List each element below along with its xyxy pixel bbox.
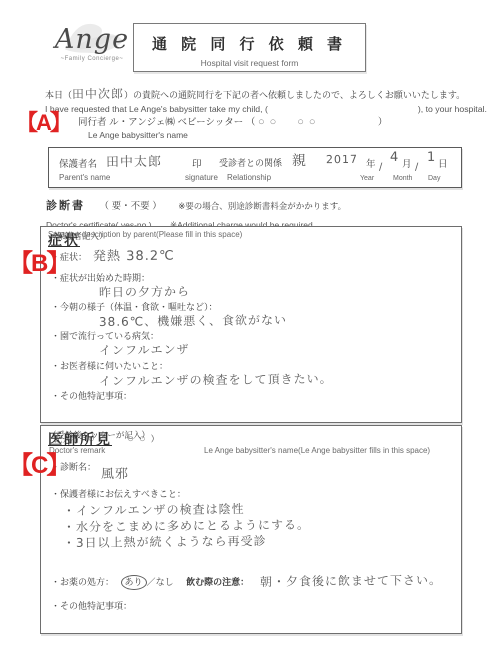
signature-label: signature <box>185 173 218 182</box>
intro-paragraph: 本日（田中次郎）の貴院への通院同行を下記の者へ依頼しましたので、よろしくお願いい… <box>45 85 493 114</box>
logo-tagline: ~Family Concierge~ <box>36 56 148 62</box>
date-day-unit: 日 <box>438 156 448 170</box>
symptom-field-label: ・その他特記事項： <box>51 389 132 402</box>
hospital-visit-request-form: Ange ~Family Concierge~ 通 院 同 行 依 頼 書 Ho… <box>0 0 500 654</box>
symptom-field-value: 発熱 38.2℃ <box>93 245 175 265</box>
medicine-note-value: 朝・夕食後に飲ませて下さい。 <box>260 571 442 590</box>
date-month-unit: 月 <box>402 156 412 170</box>
annotation-marker-b: 【B】 <box>9 243 68 278</box>
relationship-value: 親 <box>292 150 307 170</box>
doctor-writer-close: ） <box>151 434 160 444</box>
date-year-label-en: Year <box>360 175 374 182</box>
annotation-marker-a: 【A】 <box>16 106 70 137</box>
advice-item: ・3日以上熱が続くようなら再受診 <box>63 532 267 551</box>
medicine-no: なし <box>156 577 174 587</box>
babysitter-name-placeholder: ○○ ○○ <box>258 116 321 128</box>
date-month-value: 4 <box>390 150 399 165</box>
annotation-marker-c: 【C】 <box>9 445 68 480</box>
seal-label: 印 <box>192 156 202 170</box>
doctor-remark-box: 医師所見（受診後シッターが記入） 記入者（○○ ○○） Doctor's rem… <box>40 425 462 634</box>
medicine-label: ・お薬の処方： <box>51 577 114 587</box>
child-name-handwritten: 田中次郎 <box>72 85 124 103</box>
doctor-writer-en: Le Ange babysitter's name(Le Ange babysi… <box>204 446 430 455</box>
certificate-line-jp: 診断書 （ 要・不要 ） ※要の場合、別途診断書料金がかかります。 <box>46 196 346 214</box>
date-month-label-en: Month <box>393 175 412 182</box>
medicine-note-label: 飲む際の注意： <box>186 577 249 587</box>
date-year-unit: 年 <box>366 156 376 170</box>
intro-jp-before: 本日（ <box>45 90 72 100</box>
medicine-row: ・お薬の処方： あり／なし 飲む際の注意： 朝・夕食後に飲ませて下さい。 <box>51 572 442 589</box>
medicine-separator: ／ <box>147 577 156 587</box>
doctor-title-note: （受診後シッターが記入） <box>48 429 150 441</box>
date-day-label-en: Day <box>428 175 440 182</box>
date-year-value: 2017 <box>326 153 358 166</box>
intro-en-after: ), to your hospital. <box>418 104 487 114</box>
intro-jp-after: ）の貴院への通院同行を下記の者へ依頼しましたので、よろしくお願いいたします。 <box>124 90 465 100</box>
symptom-field-value: 昨日の夕方から <box>99 283 190 301</box>
parent-info-box: 保護者名 田中太郎 Parent's name 印 signature 受診者と… <box>48 147 462 188</box>
parent-name-label-en: Parent's name <box>59 173 110 182</box>
companion-label-en: Le Ange babysitter's name <box>88 130 387 140</box>
companion-section: 同行者 ル・アンジェ㈱ ベビーシッター （ ○○ ○○ ） Le Ange ba… <box>78 113 387 140</box>
symptom-field-label: ・お医者様に伺いたいこと： <box>51 359 168 372</box>
relationship-label-jp: 受診者との関係 <box>219 156 282 169</box>
certificate-label-jp: 診断書 <box>46 200 85 212</box>
diagnosis-value: 風邪 <box>101 463 129 482</box>
symptom-field-value: 38.6℃、機嫌悪く、食欲がない <box>99 311 287 330</box>
form-title-en: Hospital visit request form <box>134 58 365 68</box>
symptom-field-value: インフルエンザの検査をして頂きたい。 <box>99 370 333 389</box>
date-day-value: 1 <box>427 150 436 165</box>
logo-wordmark: Ange <box>36 8 148 55</box>
companion-close-paren: ） <box>378 117 388 128</box>
parent-name-label-jp: 保護者名 <box>59 156 97 170</box>
companion-line-jp: 同行者 ル・アンジェ㈱ ベビーシッター （ ○○ ○○ ） <box>78 113 387 129</box>
doctor-other-label: ・その他特記事項： <box>51 599 132 612</box>
symptom-field-value: インフルエンザ <box>99 341 190 359</box>
certificate-options: （ 要・不要 ） <box>99 201 161 212</box>
companion-label-jp: 同行者 ル・アンジェ㈱ ベビーシッター （ <box>78 117 255 128</box>
symptom-box: 症状（保護者記入） Sympton description by parent(… <box>40 226 462 423</box>
advice-label: ・保護者様にお伝えすべきこと： <box>51 487 186 500</box>
symptom-title-en: Sympton description by parent(Please fil… <box>48 230 242 239</box>
le-ange-logo: Ange ~Family Concierge~ <box>36 8 148 62</box>
certificate-note-jp: ※要の場合、別途診断書料金がかかります。 <box>178 201 346 211</box>
intro-line-jp: 本日（田中次郎）の貴院への通院同行を下記の者へ依頼しましたので、よろしくお願いい… <box>45 85 493 102</box>
date-slash-1: / <box>379 162 383 173</box>
medicine-yes-circled: あり <box>121 575 147 590</box>
date-slash-2: / <box>415 162 419 173</box>
form-title-box: 通 院 同 行 依 頼 書 Hospital visit request for… <box>133 23 366 72</box>
parent-name-value: 田中太郎 <box>106 151 162 171</box>
form-title-jp: 通 院 同 行 依 頼 書 <box>134 33 365 54</box>
relationship-label-en: Relationship <box>227 173 271 182</box>
